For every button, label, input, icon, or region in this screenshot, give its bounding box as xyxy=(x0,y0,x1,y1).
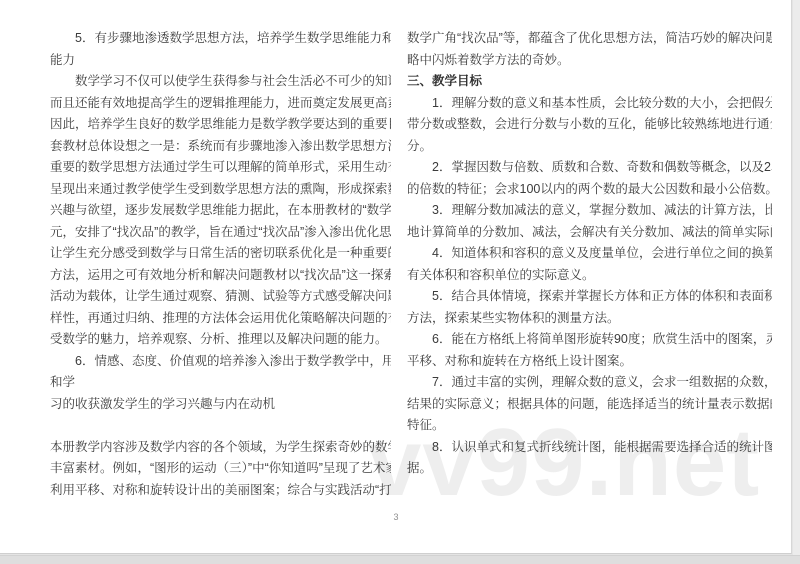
text-line: 活动为载体，让学生通过观察、猜测、试验等方式感受解决问题策略的多 xyxy=(50,286,391,308)
text-line: 套教材总体设想之一是：系统而有步骤地渗入渗出数学思想方法，尝试把 xyxy=(50,136,391,158)
text-line: 有关体积和容积单位的实际意义。 xyxy=(407,265,772,287)
text-line: 地计算简单的分数加、减法，会解决有关分数加、减法的简单实际问题。 xyxy=(407,222,772,244)
text-line: 1．理解分数的意义和基本性质，会比较分数的大小，会把假分数化成 xyxy=(407,93,772,115)
text-line: 4．知道体积和容积的意义及度量单位，会进行单位之间的换算，感受 xyxy=(407,243,772,265)
text-line: 数学广角“找次品”等，都蕴含了优化思想方法，简洁巧妙的解决问题策 xyxy=(407,28,772,50)
text-line: 让学生充分感受到数学与日常生活的密切联系优化是一种重要的数学思想 xyxy=(50,243,391,265)
text-line: 方法，运用之可有效地分析和解决问题教材以“找次品”这一探索性操作 xyxy=(50,265,391,287)
text-line: 6．能在方格纸上将简单图形旋转90度；欣赏生活中的图案，灵活运用 xyxy=(407,329,772,351)
text-line: 呈现出来通过教学使学生受到数学思想方法的熏陶，形成探索数学问题的 xyxy=(50,179,391,201)
right-text-column: 数学广角“找次品”等，都蕴含了优化思想方法，简洁巧妙的解决问题策略中闪烁着数学方… xyxy=(407,28,772,501)
text-line: 兴趣与欲望，逐步发展数学思维能力据此，在本册教材的“数学广角”单 xyxy=(50,200,391,222)
text-line: 2．掌握因数与倍数、质数和合数、奇数和偶数等概念，以及2、3、5 xyxy=(407,157,772,179)
text-line: 方法，探索某些实物体积的测量方法。 xyxy=(407,308,772,330)
text-line: 略中闪烁着数学方法的奇妙。 xyxy=(407,50,772,72)
text-line: 元，安排了“找次品”的教学，旨在通过“找次品”渗入渗出优化思想， xyxy=(50,222,391,244)
text-line: 三、教学目标 xyxy=(407,71,772,93)
text-line: 因此，培养学生良好的数学思维能力是数学教学要达到的重要目标之一本 xyxy=(50,114,391,136)
text-line: 而且还能有效地提高学生的逻辑推理能力，进而奠定发展更高素质的基础 xyxy=(50,93,391,115)
text-line xyxy=(50,415,391,437)
page-number: 3 xyxy=(0,512,792,522)
viewer-bottom-edge xyxy=(0,555,800,564)
text-line: 习的收获激发学生的学习兴趣与内在动机 xyxy=(50,394,391,416)
text-line: 据。 xyxy=(407,458,772,480)
text-line: 7．通过丰富的实例，理解众数的意义，会求一组数据的众数，并解释 xyxy=(407,372,772,394)
text-line: 的倍数的特征；会求100以内的两个数的最大公因数和最小公倍数。 xyxy=(407,179,772,201)
text-line: 受数学的魅力，培养观察、分析、推理以及解决问题的能力。 xyxy=(50,329,391,351)
text-line: 3．理解分数加减法的意义，掌握分数加、减法的计算方法，比较熟练 xyxy=(407,200,772,222)
text-line: 和学 xyxy=(50,372,391,394)
text-line: 数学学习不仅可以使学生获得参与社会生活必不可少的知识和能力， xyxy=(50,71,391,93)
text-line: 重要的数学思想方法通过学生可以理解的简单形式，采用生动有趣的事例 xyxy=(50,157,391,179)
text-line: 结果的实际意义；根据具体的问题，能选择适当的统计量表示数据的不同 xyxy=(407,394,772,416)
text-line: 利用平移、对称和旋转设计出的美丽图案；综合与实践活动“打电话”、 xyxy=(50,480,391,502)
text-line: 5．有步骤地渗透数学思想方法，培养学生数学思维能力和解决问题的 xyxy=(50,28,391,50)
page-body: 5．有步骤地渗透数学思想方法，培养学生数学思维能力和解决问题的能力数学学习不仅可… xyxy=(50,28,772,501)
text-line: 平移、对称和旋转在方格纸上设计图案。 xyxy=(407,351,772,373)
text-line: 丰富素材。例如，“图形的运动（三）”中“你知道吗”呈现了艺术家们 xyxy=(50,458,391,480)
left-text-column: 5．有步骤地渗透数学思想方法，培养学生数学思维能力和解决问题的能力数学学习不仅可… xyxy=(50,28,391,501)
text-line: 本册教学内容涉及数学内容的各个领域，为学生探索奇妙的数学世界提供 xyxy=(50,437,391,459)
document-page: vv99.net 5．有步骤地渗透数学思想方法，培养学生数学思维能力和解决问题的… xyxy=(0,0,792,554)
text-line: 5．结合具体情境，探索并掌握长方体和正方体的体积和表面积的计算 xyxy=(407,286,772,308)
page-right-edge xyxy=(793,0,800,555)
text-line: 6．情感、态度、价值观的培养渗入渗出于数学教学中，用数学的魅力 xyxy=(50,351,391,373)
text-line: 分。 xyxy=(407,136,772,158)
text-line: 样性，再通过归纳、推理的方法体会运用优化策略解决问题的有效性，感 xyxy=(50,308,391,330)
text-line: 特征。 xyxy=(407,415,772,437)
text-line: 带分数或整数，会进行分数与小数的互化，能够比较熟练地进行通分和约 xyxy=(407,114,772,136)
text-line: 8．认识单式和复式折线统计图，能根据需要选择合适的统计图表示数 xyxy=(407,437,772,459)
text-line: 能力 xyxy=(50,50,391,72)
